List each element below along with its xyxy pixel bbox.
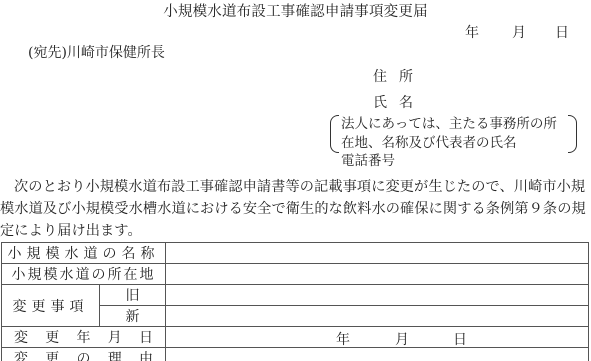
address-label: 住所	[373, 70, 425, 84]
header-date-month: 月	[512, 26, 526, 40]
change-old-field[interactable]	[166, 285, 589, 306]
addressee: (宛先)川崎市保健所長	[28, 46, 165, 60]
table-row: 小規模水道の所在地	[2, 264, 589, 285]
table-row: 変更年月日 年 月 日	[2, 327, 589, 348]
table-row: 小規模水道の名称	[2, 243, 589, 264]
change-date-month: 月	[395, 329, 409, 349]
row-label-water-name: 小規模水道の名称	[2, 243, 166, 264]
change-date-year: 年	[336, 329, 350, 349]
phone-label: 電話番号	[341, 155, 395, 169]
row-label-water-location: 小規模水道の所在地	[2, 264, 166, 285]
table-row: 変更の理由	[2, 348, 589, 361]
corporate-note-line2: 在地、名称及び代表者の氏名	[341, 134, 557, 153]
body-text: 次のとおり小規模水道布設工事確認申請書等の記載事項に変更が生じたので、川崎市小規…	[0, 176, 591, 242]
row-label-change-reason: 変更の理由	[2, 348, 166, 361]
table-row: 変更事項 旧	[2, 285, 589, 306]
water-location-field[interactable]	[166, 264, 589, 285]
name-label: 氏名	[373, 96, 425, 110]
sub-label-old: 旧	[100, 285, 166, 306]
left-bracket	[330, 115, 339, 153]
corporate-note-line1: 法人にあっては、主たる事務所の所	[341, 115, 557, 134]
right-bracket	[568, 115, 577, 153]
change-date-day: 日	[453, 329, 467, 349]
change-form-table: 小規模水道の名称 小規模水道の所在地 変更事項 旧 新 変更年月日 年 月 日 …	[1, 242, 589, 361]
change-reason-field[interactable]	[166, 348, 589, 361]
sub-label-new: 新	[100, 306, 166, 327]
header-date-year: 年	[465, 26, 479, 40]
row-label-change-items: 変更事項	[2, 285, 100, 327]
header-date-day: 日	[555, 26, 569, 40]
document-title: 小規模水道布設工事確認申請事項変更届	[0, 5, 591, 20]
change-new-field[interactable]	[166, 306, 589, 327]
water-name-field[interactable]	[166, 243, 589, 264]
row-label-change-date: 変更年月日	[2, 327, 166, 348]
corporate-note: 法人にあっては、主たる事務所の所 在地、名称及び代表者の氏名	[341, 115, 557, 153]
change-date-field[interactable]: 年 月 日	[166, 327, 589, 348]
